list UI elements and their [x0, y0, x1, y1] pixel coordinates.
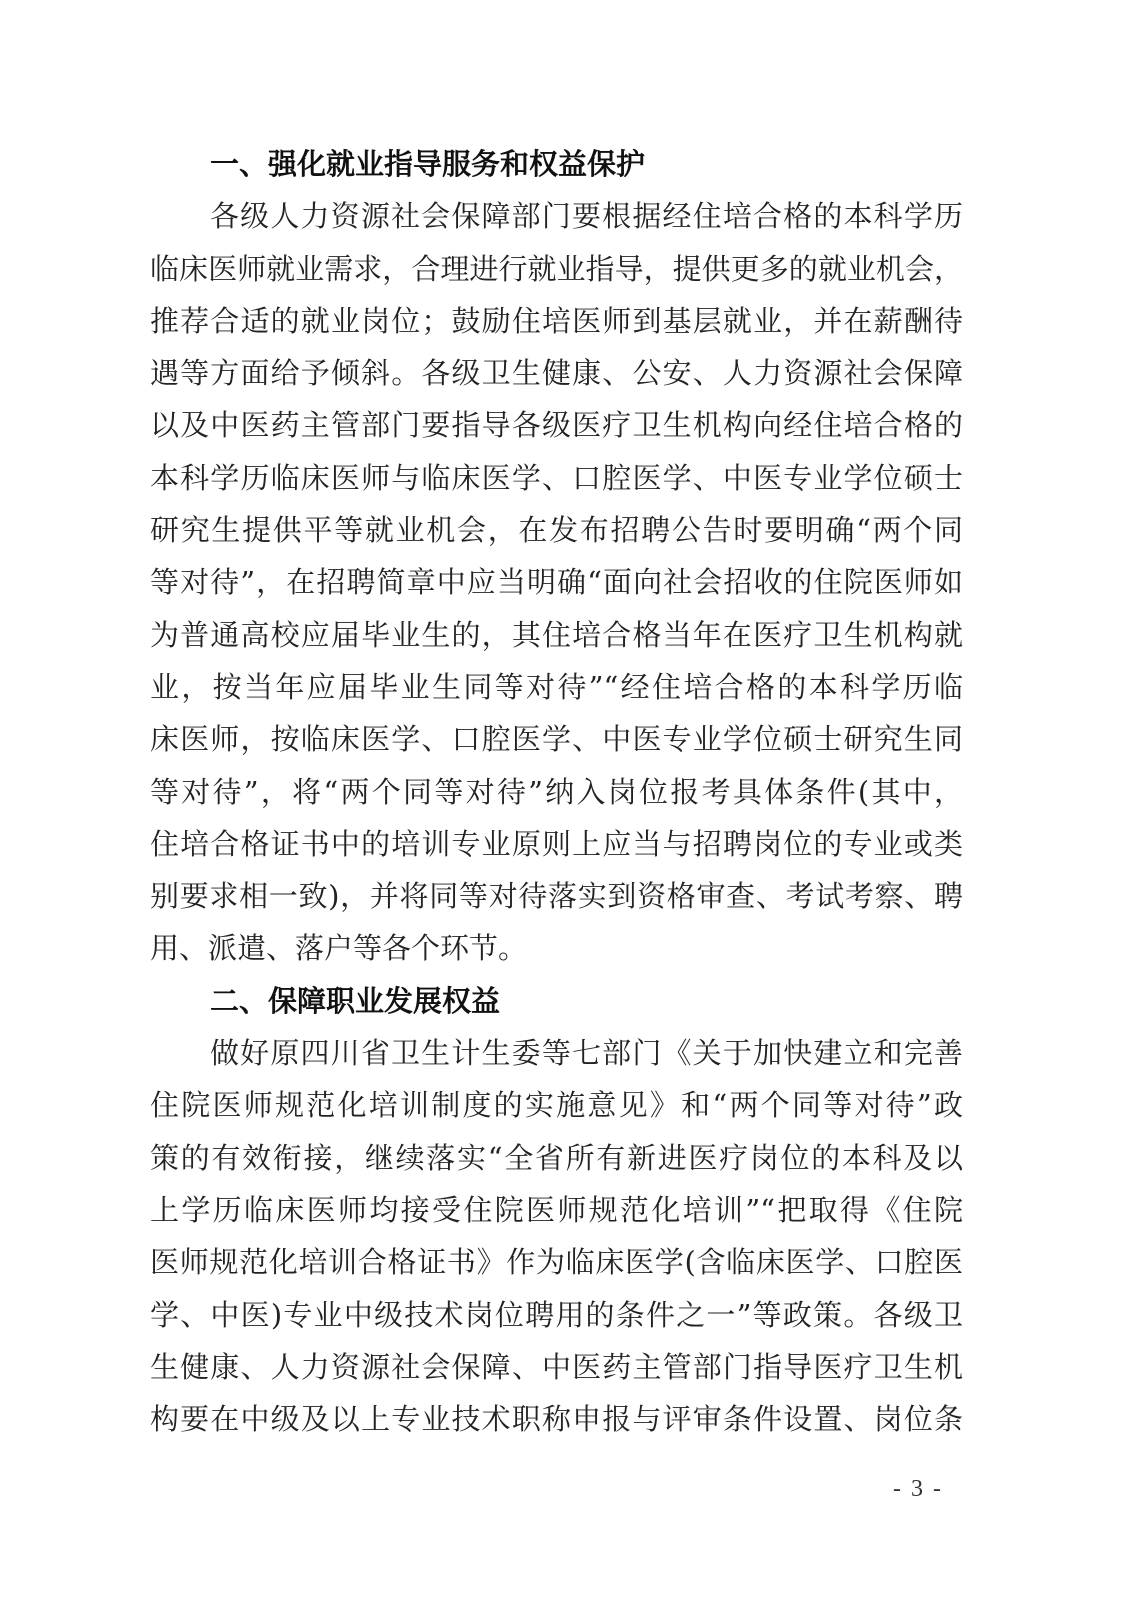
paragraph-line: 等对待”，将“两个同等对待”纳入岗位报考具体条件(其中，	[150, 766, 963, 818]
section-heading-2: 二、保障职业发展权益	[150, 975, 963, 1027]
section-heading-1: 一、强化就业指导服务和权益保护	[150, 138, 963, 190]
paragraph-line: 策的有效衔接，继续落实“全省所有新进医疗岗位的本科及以	[150, 1132, 963, 1184]
paragraph-line: 以及中医药主管部门要指导各级医疗卫生机构向经住培合格的	[150, 399, 963, 451]
paragraph-line: 用、派遣、落户等各个环节。	[150, 922, 963, 974]
paragraph-line: 等对待”，在招聘简章中应当明确“面向社会招收的住院医师如	[150, 556, 963, 608]
paragraph-line: 住院医师规范化培训制度的实施意见》和“两个同等对待”政	[150, 1079, 963, 1131]
paragraph-line: 别要求相一致)，并将同等对待落实到资格审查、考试考察、聘	[150, 870, 963, 922]
paragraph-line: 本科学历临床医师与临床医学、口腔医学、中医专业学位硕士	[150, 452, 963, 504]
paragraph-line: 床医师，按临床医学、口腔医学、中医专业学位硕士研究生同	[150, 713, 963, 765]
document-page: 一、强化就业指导服务和权益保护 各级人力资源社会保障部门要根据经住培合格的本科学…	[150, 138, 963, 1445]
page-number: - 3 -	[893, 1476, 943, 1503]
paragraph-line: 上学历临床医师均接受住院医师规范化培训”“把取得《住院	[150, 1184, 963, 1236]
paragraph-line: 研究生提供平等就业机会，在发布招聘公告时要明确“两个同	[150, 504, 963, 556]
paragraph-line: 住培合格证书中的培训专业原则上应当与招聘岗位的专业或类	[150, 818, 963, 870]
paragraph-line: 医师规范化培训合格证书》作为临床医学(含临床医学、口腔医	[150, 1236, 963, 1288]
paragraph-line: 临床医师就业需求，合理进行就业指导，提供更多的就业机会，	[150, 243, 963, 295]
paragraph-line: 遇等方面给予倾斜。各级卫生健康、公安、人力资源社会保障	[150, 347, 963, 399]
paragraph-line: 业，按当年应届毕业生同等对待”“经住培合格的本科学历临	[150, 661, 963, 713]
paragraph-line: 各级人力资源社会保障部门要根据经住培合格的本科学历	[150, 190, 963, 242]
paragraph-line: 学、中医)专业中级技术岗位聘用的条件之一”等政策。各级卫	[150, 1289, 963, 1341]
paragraph-line: 为普通高校应届毕业生的，其住培合格当年在医疗卫生机构就	[150, 609, 963, 661]
paragraph-line: 推荐合适的就业岗位；鼓励住培医师到基层就业，并在薪酬待	[150, 295, 963, 347]
paragraph-line: 做好原四川省卫生计生委等七部门《关于加快建立和完善	[150, 1027, 963, 1079]
paragraph-line: 构要在中级及以上专业技术职称申报与评审条件设置、岗位条	[150, 1393, 963, 1445]
paragraph-line: 生健康、人力资源社会保障、中医药主管部门指导医疗卫生机	[150, 1341, 963, 1393]
